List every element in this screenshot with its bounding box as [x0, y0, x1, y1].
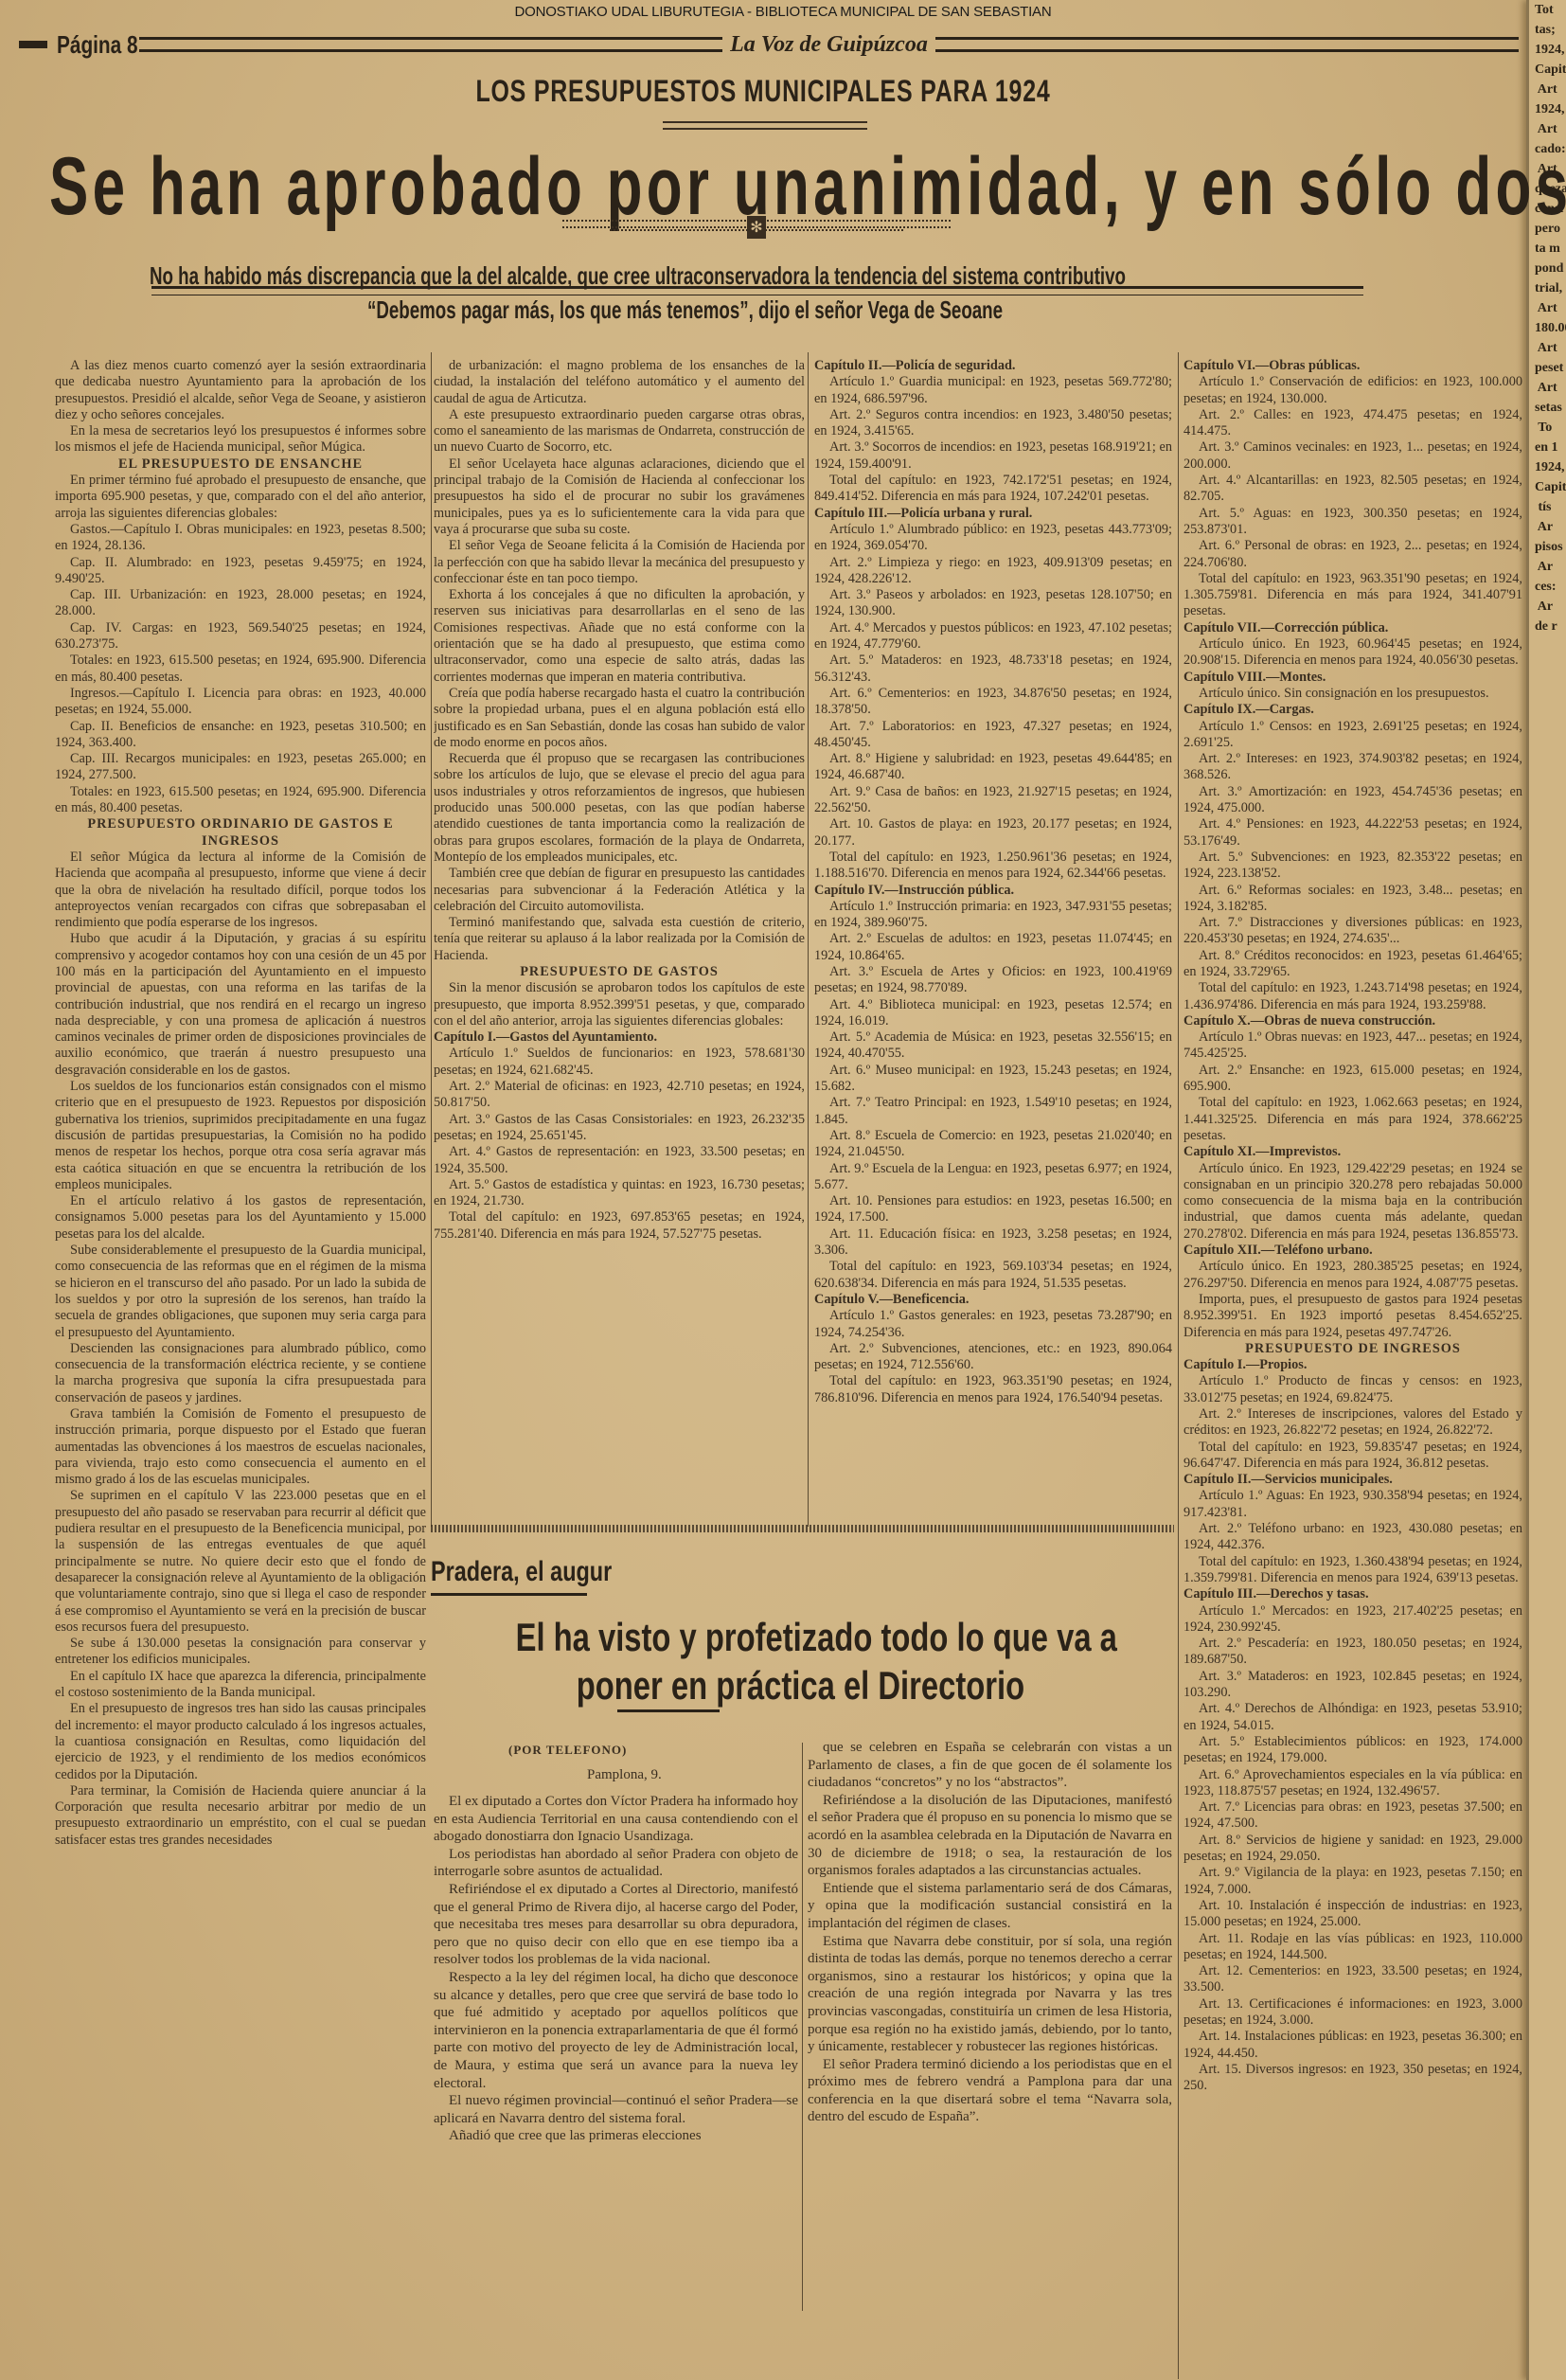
chapter-heading: Capítulo III.—Policía urbana y rural.	[814, 506, 1172, 522]
paragraph: En el artículo relativo á los gastos de …	[55, 1193, 426, 1243]
divider	[617, 1709, 720, 1716]
paragraph: Art. 7.º Licencias para obras: en 1923, …	[1183, 1799, 1522, 1833]
paragraph: Artículo 1.º Obras nuevas: en 1923, 447.…	[1183, 1029, 1522, 1063]
section-heading: EL PRESUPUESTO DE ENSANCHE	[55, 456, 426, 473]
dateline: Pamplona, 9.	[587, 1767, 662, 1783]
paragraph: Art. 7.º Teatro Principal: en 1923, 1.54…	[814, 1095, 1172, 1128]
paragraph: Total del capítulo: en 1923, 1.243.714'9…	[1183, 980, 1522, 1013]
chapter-heading: Capítulo VI.—Obras públicas.	[1183, 358, 1522, 374]
paragraph: Los sueldos de los funcionarios están co…	[55, 1079, 426, 1193]
paragraph: Artículo único. En 1923, 129.422'29 pese…	[1183, 1161, 1522, 1243]
paragraph: Total del capítulo: en 1923, 1.250.961'3…	[814, 850, 1172, 883]
paragraph: Total del capítulo: en 1923, 963.351'90 …	[1183, 571, 1522, 620]
paragraph: El señor Múgica da lectura al informe de…	[55, 850, 426, 931]
paragraph: Ingresos.—Capítulo I. Licencia para obra…	[55, 686, 426, 719]
paragraph: Total del capítulo: en 1923, 1.062.663 p…	[1183, 1095, 1522, 1144]
paragraph: El señor Ucelayeta hace algunas aclaraci…	[434, 456, 805, 538]
masthead: Página 8 La Voz de Guipúzcoa	[19, 32, 1526, 57]
paragraph: Se sube á 130.000 pesetas la consignació…	[55, 1636, 426, 1669]
paragraph: Añadió que cree que las primeras eleccio…	[434, 2127, 798, 2145]
main-article-column-2: de urbanización: el magno problema de lo…	[434, 358, 805, 1515]
paragraph: Art. 2.º Calles: en 1923, 474.475 peseta…	[1183, 407, 1522, 440]
paragraph: Art. 4.º Biblioteca municipal: en 1923, …	[814, 997, 1172, 1030]
paragraph: Terminó manifestando que, salvada esta c…	[434, 915, 805, 964]
paragraph: Artículo 1.º Gastos generales: en 1923, …	[814, 1308, 1172, 1341]
paragraph: Artículo 1.º Sueldos de funcionarios: en…	[434, 1046, 805, 1079]
paragraph: Art. 2.º Ensanche: en 1923, 615.000 pese…	[1183, 1063, 1522, 1096]
second-article-column-1: El ex diputado a Cortes don Víctor Prade…	[434, 1793, 798, 2304]
paragraph: Artículo 1.º Alumbrado público: en 1923,…	[814, 522, 1172, 555]
second-article-headline: El ha visto y profetizado todo lo que va…	[431, 1613, 1169, 1709]
paragraph: Cap. II. Beneficios de ensanche: en 1923…	[55, 719, 426, 752]
main-article-column-3: Capítulo II.—Policía de seguridad.Artícu…	[814, 358, 1172, 1515]
paragraph: Artículo 1.º Guardia municipal: en 1923,…	[814, 374, 1172, 407]
paragraph: Cap. IV. Cargas: en 1923, 569.540'25 pes…	[55, 620, 426, 653]
column-rule	[431, 352, 432, 1527]
paragraph: Para terminar, la Comisión de Hacienda q…	[55, 1783, 426, 1849]
paragraph: Se suprimen en el capítulo V las 223.000…	[55, 1488, 426, 1636]
divider	[663, 121, 867, 130]
paragraph: Creía que podía haberse recargado hasta …	[434, 686, 805, 751]
paragraph: Art. 3.º Mataderos: en 1923, 102.845 pes…	[1183, 1669, 1522, 1702]
paragraph: En el presupuesto de ingresos tres han s…	[55, 1701, 426, 1782]
chapter-heading: Capítulo XI.—Imprevistos.	[1183, 1144, 1522, 1160]
second-article-column-2: que se celebren en España se celebrarán …	[808, 1739, 1172, 2307]
paragraph: Art. 6.º Reformas sociales: en 1923, 3.4…	[1183, 883, 1522, 916]
paragraph: Total del capítulo: en 1923, 569.103'34 …	[814, 1259, 1172, 1292]
newspaper-name: La Voz de Guipúzcoa	[730, 32, 928, 58]
paragraph: Art. 2.º Material de oficinas: en 1923, …	[434, 1079, 805, 1112]
paragraph: Art. 3.º Escuela de Artes y Oficios: en …	[814, 964, 1172, 997]
paragraph: Artículo 1.º Producto de fincas y censos…	[1183, 1373, 1522, 1406]
section-heading: PRESUPUESTO DE GASTOS	[434, 964, 805, 980]
paragraph: que se celebren en España se celebrarán …	[808, 1739, 1172, 1792]
paragraph: Artículo único. En 1923, 60.964'45 peset…	[1183, 636, 1522, 670]
paragraph: Art. 2.º Subvenciones, atenciones, etc.:…	[814, 1341, 1172, 1374]
chapter-heading: Capítulo II.—Policía de seguridad.	[814, 358, 1172, 374]
masthead-rule	[139, 37, 722, 52]
paragraph: Art. 8.º Higiene y salubridad: en 1923, …	[814, 751, 1172, 784]
chapter-heading: Capítulo XII.—Teléfono urbano.	[1183, 1243, 1522, 1259]
paragraph: Art. 15. Diversos ingresos: en 1923, 350…	[1183, 2062, 1522, 2095]
paragraph: Totales: en 1923, 615.500 pesetas; en 19…	[55, 784, 426, 817]
paragraph: En el capítulo IX hace que aparezca la d…	[55, 1669, 426, 1702]
paragraph: En la mesa de secretarios leyó los presu…	[55, 423, 426, 456]
masthead-rule	[935, 37, 1519, 52]
chapter-heading: Capítulo I.—Propios.	[1183, 1357, 1522, 1373]
paragraph: Art. 6.º Aprovechamientos especiales en …	[1183, 1767, 1522, 1800]
column-rule	[1178, 352, 1179, 2379]
paragraph: Art. 2.º Intereses de inscripciones, val…	[1183, 1406, 1522, 1440]
column-rule	[808, 352, 809, 1527]
paragraph: Art. 6.º Personal de obras: en 1923, 2..…	[1183, 538, 1522, 571]
paragraph: Entiende que el sistema parlamentario se…	[808, 1880, 1172, 1933]
paragraph: Importa, pues, el presupuesto de gastos …	[1183, 1292, 1522, 1341]
paragraph: Art. 9.º Vigilancia de la playa: en 1923…	[1183, 1865, 1522, 1898]
paragraph: Art. 3.º Amortización: en 1923, 454.745'…	[1183, 784, 1522, 817]
paragraph: Art. 4.º Pensiones: en 1923, 44.222'53 p…	[1183, 816, 1522, 850]
paragraph: Art. 11. Educación física: en 1923, 3.25…	[814, 1226, 1172, 1260]
paragraph: Totales: en 1923, 615.500 pesetas; en 19…	[55, 653, 426, 686]
paragraph: Sube considerablemente el presupuesto de…	[55, 1243, 426, 1341]
paragraph: Art. 5.º Mataderos: en 1923, 48.733'18 p…	[814, 653, 1172, 686]
paragraph: Cap. III. Urbanización: en 1923, 28.000 …	[55, 587, 426, 620]
chapter-heading: Capítulo VIII.—Montes.	[1183, 670, 1522, 686]
paragraph: Artículo 1.º Mercados: en 1923, 217.402'…	[1183, 1603, 1522, 1637]
paragraph: Art. 7.º Distracciones y diversiones púb…	[1183, 915, 1522, 948]
paragraph: Total del capítulo: en 1923, 59.835'47 p…	[1183, 1440, 1522, 1473]
paragraph: Art. 10. Instalación é inspección de ind…	[1183, 1898, 1522, 1931]
chapter-heading: Capítulo V.—Beneficencia.	[814, 1292, 1172, 1308]
paragraph: Art. 8.º Escuela de Comercio: en 1923, p…	[814, 1128, 1172, 1161]
section-heading: PRESUPUESTO DE INGRESOS	[1183, 1341, 1522, 1357]
chapter-heading: Capítulo II.—Servicios municipales.	[1183, 1472, 1522, 1488]
paragraph: Art. 4.º Derechos de Alhóndiga: en 1923,…	[1183, 1701, 1522, 1734]
chapter-heading: Capítulo IX.—Cargas.	[1183, 702, 1522, 718]
paragraph: Art. 4.º Gastos de representación: en 19…	[434, 1144, 805, 1177]
page-number: Página 8	[57, 30, 138, 60]
paragraph: Art. 2.º Escuelas de adultos: en 1923, p…	[814, 931, 1172, 964]
paragraph: El señor Pradera terminó diciendo a los …	[808, 2056, 1172, 2126]
paragraph: Artículo único. En 1923, 280.385'25 pese…	[1183, 1259, 1522, 1292]
paragraph: Art. 7.º Laboratorios: en 1923, 47.327 p…	[814, 719, 1172, 752]
paragraph: Art. 6.º Cementerios: en 1923, 34.876'50…	[814, 686, 1172, 719]
chapter-heading: Capítulo IV.—Instrucción pública.	[814, 883, 1172, 899]
masthead-rule-left	[19, 41, 47, 48]
paragraph: Art. 5.º Subvenciones: en 1923, 82.353'2…	[1183, 850, 1522, 883]
paragraph: Art. 9.º Escuela de la Lengua: en 1923, …	[814, 1161, 1172, 1194]
main-article-column-4: Capítulo VI.—Obras públicas.Artículo 1.º…	[1183, 358, 1522, 2366]
paragraph: Total del capítulo: en 1923, 963.351'90 …	[814, 1373, 1172, 1406]
paragraph: Art. 9.º Casa de baños: en 1923, 21.927'…	[814, 784, 1172, 817]
paragraph: Cap. II. Alumbrado: en 1923, pesetas 9.4…	[55, 555, 426, 588]
paragraph: Estima que Navarra debe constituir, por …	[808, 1933, 1172, 2056]
paragraph: Art. 3.º Socorros de incendios: en 1923,…	[814, 439, 1172, 473]
chapter-heading: Capítulo III.—Derechos y tasas.	[1183, 1586, 1522, 1602]
paragraph: Art. 5.º Establecimientos públicos: en 1…	[1183, 1734, 1522, 1767]
paragraph: Recuerda que él propuso que se recargase…	[434, 751, 805, 866]
paragraph: Art. 2.º Limpieza y riego: en 1923, 409.…	[814, 555, 1172, 588]
paragraph: Artículo 1.º Conservación de edificios: …	[1183, 374, 1522, 407]
paragraph: Art. 3.º Caminos vecinales: en 1923, 1..…	[1183, 439, 1522, 473]
paragraph: El señor Vega de Seoane felicita á la Co…	[434, 538, 805, 587]
paragraph: Art. 8.º Créditos reconocidos: en 1923, …	[1183, 948, 1522, 981]
quote-subheadline: “Debemos pagar más, los que más tenemos”…	[367, 295, 1003, 325]
paragraph: Art. 2.º Pescadería: en 1923, 180.050 pe…	[1183, 1636, 1522, 1669]
main-article-column-1: A las diez menos cuarto comenzó ayer la …	[55, 358, 426, 2366]
paragraph: Artículo 1.º Censos: en 1923, 2.691'25 p…	[1183, 719, 1522, 752]
paragraph: Artículo único. Sin consignación en los …	[1183, 686, 1522, 702]
paragraph: Exhorta á los concejales á que no dificu…	[434, 587, 805, 686]
archive-watermark: DONOSTIAKO UDAL LIBURUTEGIA - BIBLIOTECA…	[0, 4, 1566, 20]
chapter-heading: Capítulo X.—Obras de nueva construcción.	[1183, 1013, 1522, 1029]
paragraph: Artículo 1.º Aguas: En 1923, 930.358'94 …	[1183, 1488, 1522, 1521]
paragraph: A este presupuesto extraordinario pueden…	[434, 407, 805, 456]
divider	[431, 1593, 587, 1600]
paragraph: Sin la menor discusión se aprobaron todo…	[434, 980, 805, 1029]
paragraph: Art. 2.º Intereses: en 1923, 374.903'82 …	[1183, 751, 1522, 784]
paragraph: El nuevo régimen provincial—continuó el …	[434, 2092, 798, 2127]
paragraph: Hubo que acudir á la Diputación, y graci…	[55, 931, 426, 1079]
paragraph: También cree que debían de figurar en pr…	[434, 866, 805, 915]
paragraph: Art. 10. Pensiones para estudios: en 192…	[814, 1193, 1172, 1226]
column-rule	[802, 1743, 803, 2311]
ornament-divider: ✻	[562, 216, 951, 241]
paragraph: Art. 5.º Academia de Música: en 1923, pe…	[814, 1029, 1172, 1063]
paragraph: Refiriéndose a la disolución de las Dipu…	[808, 1792, 1172, 1880]
paragraph: Grava también la Comisión de Fomento el …	[55, 1406, 426, 1488]
paragraph: Cap. III. Recargos municipales: en 1923,…	[55, 751, 426, 784]
section-heading: PRESUPUESTO ORDINARIO DE GASTOS E INGRES…	[55, 816, 426, 850]
paragraph: Art. 2.º Seguros contra incendios: en 19…	[814, 407, 1172, 440]
paragraph: Art. 12. Cementerios: en 1923, 33.500 pe…	[1183, 1963, 1522, 1996]
paragraph: Art. 10. Gastos de playa: en 1923, 20.17…	[814, 816, 1172, 850]
byline: (POR TELEFONO)	[508, 1743, 627, 1758]
paragraph: Total del capítulo: en 1923, 697.853'65 …	[434, 1209, 805, 1243]
paragraph: de urbanización: el magno problema de lo…	[434, 358, 805, 407]
paragraph: En primer término fué aprobado el presup…	[55, 473, 426, 522]
article-kicker: LOS PRESUPUESTOS MUNICIPALES PARA 1924	[168, 74, 1358, 109]
adjacent-page-edge: Tot tas; 1924, Capit Art 1924, Art cado:…	[1526, 0, 1566, 2380]
paragraph: Descienden las consignaciones para alumb…	[55, 1341, 426, 1406]
paragraph: Art. 8.º Servicios de higiene y sanidad:…	[1183, 1833, 1522, 1866]
paragraph: Total del capítulo: en 1923, 742.172'51 …	[814, 473, 1172, 506]
paragraph: Total del capítulo: en 1923, 1.360.438'9…	[1183, 1554, 1522, 1587]
paragraph: Art. 4.º Alcantarillas: en 1923, 82.505 …	[1183, 473, 1522, 506]
chapter-heading: Capítulo I.—Gastos del Ayuntamiento.	[434, 1029, 805, 1046]
paragraph: Art. 14. Instalaciones públicas: en 1923…	[1183, 2029, 1522, 2062]
adjacent-page-text: Tot tas; 1924, Capit Art 1924, Art cado:…	[1535, 0, 1566, 636]
paragraph: Art. 3.º Paseos y arbolados: en 1923, pe…	[814, 587, 1172, 620]
ornament-star-icon: ✻	[747, 216, 766, 239]
paragraph: Art. 13. Certificaciones é informaciones…	[1183, 1996, 1522, 2030]
paragraph: Artículo 1.º Instrucción primaria: en 19…	[814, 899, 1172, 932]
section-title: Pradera, el augur	[431, 1556, 612, 1588]
paragraph: Art. 11. Rodaje en las vías públicas: en…	[1183, 1931, 1522, 1964]
section-divider	[431, 1525, 1174, 1532]
paragraph: Art. 5.º Gastos de estadística y quintas…	[434, 1177, 805, 1210]
paragraph: Art. 4.º Mercados y puestos públicos: en…	[814, 620, 1172, 653]
paragraph: Art. 5.º Aguas: en 1923, 300.350 pesetas…	[1183, 506, 1522, 539]
paragraph: El ex diputado a Cortes don Víctor Prade…	[434, 1793, 798, 1846]
chapter-heading: Capítulo VII.—Corrección pública.	[1183, 620, 1522, 636]
divider	[151, 286, 1363, 295]
paragraph: Gastos.—Capítulo I. Obras municipales: e…	[55, 522, 426, 555]
paragraph: Los periodistas han abordado al señor Pr…	[434, 1846, 798, 1881]
paragraph: Refiriéndose el ex diputado a Cortes al …	[434, 1881, 798, 1969]
paragraph: Art. 2.º Teléfono urbano: en 1923, 430.0…	[1183, 1521, 1522, 1554]
paragraph: A las diez menos cuarto comenzó ayer la …	[55, 358, 426, 423]
paragraph: Art. 6.º Museo municipal: en 1923, 15.24…	[814, 1063, 1172, 1096]
paragraph: Art. 3.º Gastos de las Casas Consistoria…	[434, 1112, 805, 1145]
paragraph: Respecto a la ley del régimen local, ha …	[434, 1969, 798, 2092]
